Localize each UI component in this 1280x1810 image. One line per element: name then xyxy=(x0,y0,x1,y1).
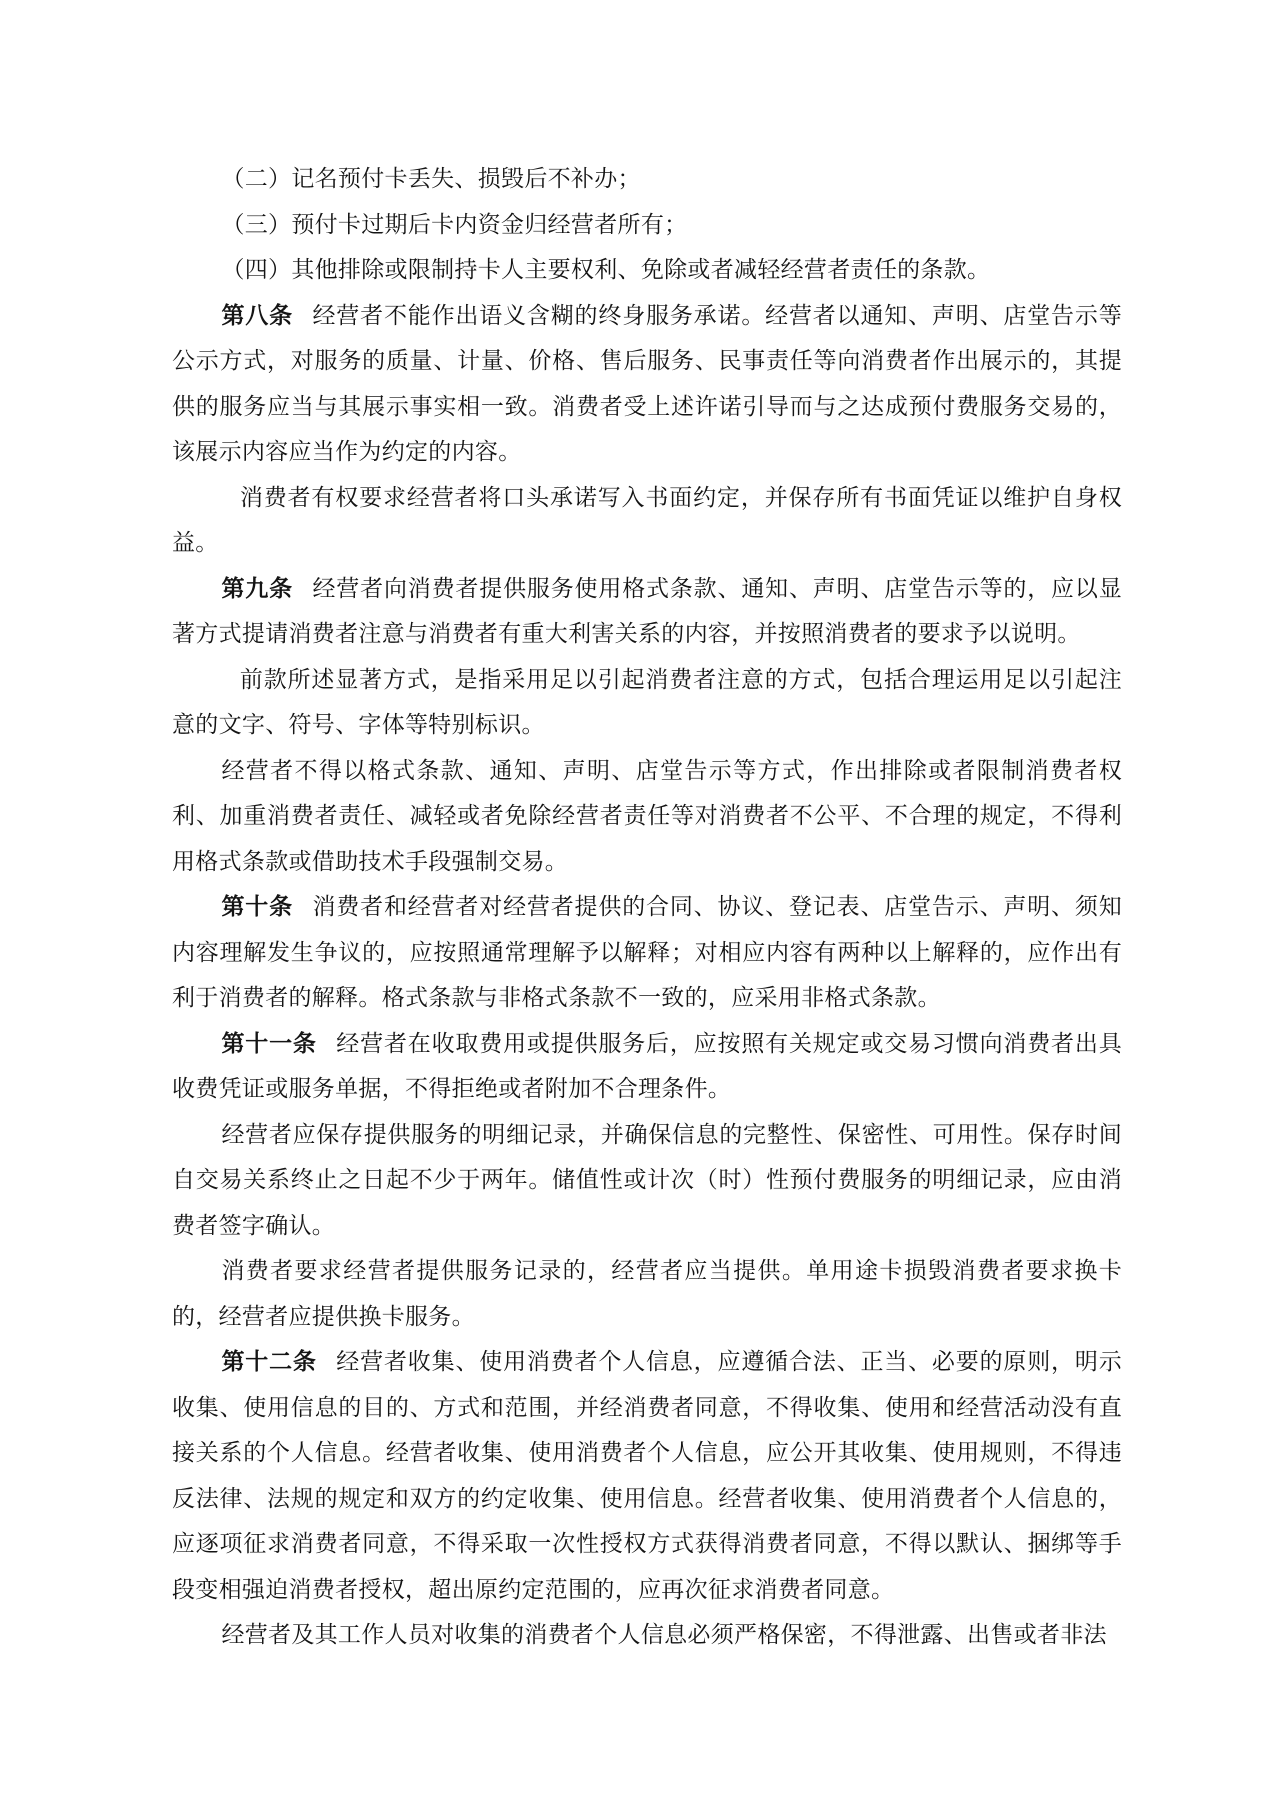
article-12-text: 经营者收集、使用消费者个人信息，应遵循合法、正当、必要的原则，明示收集、使用信息… xyxy=(172,1349,1122,1602)
article-9-sub-paragraph: 前款所述显著方式，是指采用足以引起消费者注意的方式，包括合理运用足以引起注意的文… xyxy=(172,657,1122,748)
article-10-paragraph: 第十条消费者和经营者对经营者提供的合同、协议、登记表、店堂告示、声明、须知内容理… xyxy=(172,884,1122,1021)
article-9-paragraph: 第九条经营者向消费者提供服务使用格式条款、通知、声明、店堂告示等的，应以显著方式… xyxy=(172,566,1122,657)
list-item-3: （三）预付卡过期后卡内资金归经营者所有； xyxy=(172,202,1122,248)
paragraph-text: 经营者应保存提供服务的明细记录，并确保信息的完整性、保密性、可用性。保存时间自交… xyxy=(172,1122,1122,1238)
article-9-text: 经营者向消费者提供服务使用格式条款、通知、声明、店堂告示等的，应以显著方式提请消… xyxy=(172,576,1122,647)
document-page: （二）记名预付卡丢失、损毁后不补办； （三）预付卡过期后卡内资金归经营者所有； … xyxy=(172,156,1122,1658)
article-8-text: 经营者不能作出语义含糊的终身服务承诺。经营者以通知、声明、店堂告示等公示方式，对… xyxy=(172,303,1122,465)
article-10-text: 消费者和经营者对经营者提供的合同、协议、登记表、店堂告示、声明、须知内容理解发生… xyxy=(172,894,1122,1010)
article-11-paragraph: 第十一条经营者在收取费用或提供服务后，应按照有关规定或交易习惯向消费者出具收费凭… xyxy=(172,1021,1122,1112)
paragraph-text: 经营者及其工作人员对收集的消费者个人信息必须严格保密，不得泄露、出售或者非法 xyxy=(221,1622,1106,1647)
article-9-number: 第九条 xyxy=(221,575,292,601)
paragraph-text: 消费者有权要求经营者将口头承诺写入书面约定，并保存所有书面凭证以维护自身权益。 xyxy=(172,485,1122,556)
article-12-body-paragraph: 经营者及其工作人员对收集的消费者个人信息必须严格保密，不得泄露、出售或者非法 xyxy=(172,1612,1122,1658)
list-item-4: （四）其他排除或限制持卡人主要权利、免除或者减轻经营者责任的条款。 xyxy=(172,247,1122,293)
paragraph-text: 消费者要求经营者提供服务记录的，经营者应当提供。单用途卡损毁消费者要求换卡的，经… xyxy=(172,1258,1122,1329)
article-12-paragraph: 第十二条经营者收集、使用消费者个人信息，应遵循合法、正当、必要的原则，明示收集、… xyxy=(172,1339,1122,1612)
list-item-2: （二）记名预付卡丢失、损毁后不补办； xyxy=(172,156,1122,202)
list-item-text: （二）记名预付卡丢失、损毁后不补办； xyxy=(221,166,640,191)
article-11-body-paragraph-2: 消费者要求经营者提供服务记录的，经营者应当提供。单用途卡损毁消费者要求换卡的，经… xyxy=(172,1248,1122,1339)
article-9-body-paragraph: 经营者不得以格式条款、通知、声明、店堂告示等方式，作出排除或者限制消费者权利、加… xyxy=(172,748,1122,885)
article-11-body-paragraph-1: 经营者应保存提供服务的明细记录，并确保信息的完整性、保密性、可用性。保存时间自交… xyxy=(172,1112,1122,1249)
list-item-text: （四）其他排除或限制持卡人主要权利、免除或者减轻经营者责任的条款。 xyxy=(221,257,990,282)
paragraph-text: 前款所述显著方式，是指采用足以引起消费者注意的方式，包括合理运用足以引起注意的文… xyxy=(172,667,1122,738)
article-12-number: 第十二条 xyxy=(221,1348,316,1374)
article-10-number: 第十条 xyxy=(221,893,292,919)
article-8-sub-paragraph: 消费者有权要求经营者将口头承诺写入书面约定，并保存所有书面凭证以维护自身权益。 xyxy=(172,475,1122,566)
article-8-number: 第八条 xyxy=(221,302,292,328)
paragraph-text: 经营者不得以格式条款、通知、声明、店堂告示等方式，作出排除或者限制消费者权利、加… xyxy=(172,758,1122,874)
article-8-paragraph: 第八条经营者不能作出语义含糊的终身服务承诺。经营者以通知、声明、店堂告示等公示方… xyxy=(172,293,1122,475)
list-item-text: （三）预付卡过期后卡内资金归经营者所有； xyxy=(221,212,687,237)
article-11-number: 第十一条 xyxy=(221,1030,316,1056)
